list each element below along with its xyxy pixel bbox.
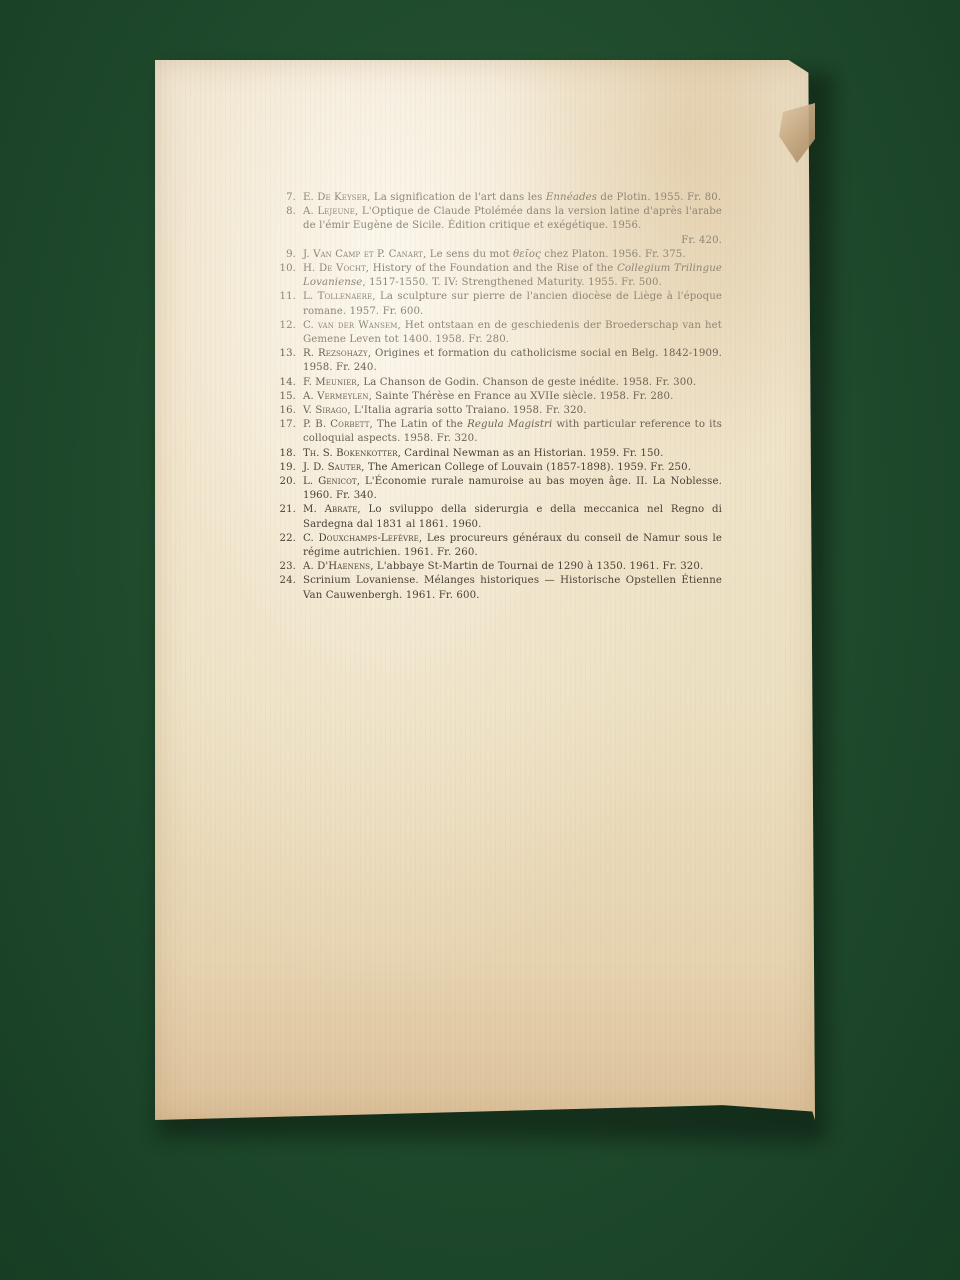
item-number: 21. — [270, 503, 296, 517]
item-author: J. D. Sauter — [303, 462, 361, 473]
item-year-price: 1961. Fr. 600. — [406, 590, 480, 601]
item-title-italic: Ennéades — [546, 192, 597, 203]
list-item: 10.H. De Vocht, History of the Foundatio… — [270, 262, 722, 290]
item-number: 10. — [270, 262, 296, 276]
item-author: L. Genicot — [303, 476, 357, 487]
item-author: M. Abrate — [303, 504, 357, 515]
item-number: 17. — [270, 418, 296, 432]
publication-series-list: 7.E. De Keyser, La signification de l'ar… — [270, 191, 722, 603]
item-author: A. Lejeune — [303, 206, 355, 217]
list-item: 19.J. D. Sauter, The American College of… — [270, 461, 722, 475]
item-title: Sainte Thérèse en France au XVIIe siècle… — [375, 391, 596, 402]
item-author: R. Rezsohazy — [303, 348, 368, 359]
item-author: L. Tollenaere — [303, 291, 372, 302]
list-item: 22.C. Douxchamps-Lefèvre, Les procureurs… — [270, 532, 722, 560]
list-item: 20.L. Genicot, L'Économie rurale namuroi… — [270, 475, 722, 503]
item-number: 24. — [270, 574, 296, 588]
item-title: Cardinal Newman as an Historian. — [404, 448, 586, 459]
item-author: J. Van Camp et P. Canart — [303, 249, 423, 260]
list-item: 12.C. van der Wansem, Het ontstaan en de… — [270, 319, 722, 347]
item-number: 20. — [270, 475, 296, 489]
item-year-price: 1958. Fr. 300. — [622, 377, 696, 388]
item-year-price: 1958. Fr. 320. — [404, 433, 478, 444]
item-title: The American College of Louvain (1857-18… — [368, 462, 614, 473]
item-year-price: 1961. Fr. 260. — [404, 547, 478, 558]
item-year-price: 1956. — [612, 220, 642, 231]
list-item: 14.F. Meunier, La Chanson de Godin. Chan… — [270, 376, 722, 390]
item-year-price: 1958. Fr. 280. — [600, 391, 674, 402]
list-item: 11.L. Tollenaere, La sculpture sur pierr… — [270, 290, 722, 318]
list-item: 17.P. B. Corbett, The Latin of the Regul… — [270, 418, 722, 446]
list-item: 8.A. Lejeune, L'Optique de Claude Ptolém… — [270, 205, 722, 248]
item-price: Fr. 420. — [303, 234, 722, 248]
item-year-price: 1957. Fr. 600. — [350, 306, 424, 317]
item-year-price: 1961. Fr. 320. — [630, 561, 704, 572]
item-number: 8. — [270, 205, 296, 219]
list-item: 24.Scrinium Lovaniense. Mélanges histori… — [270, 574, 722, 602]
item-author: C. Douxchamps-Lefèvre — [303, 533, 419, 544]
item-number: 12. — [270, 319, 296, 333]
item-title: L'abbaye St-Martin de Tournai de 1290 à … — [377, 561, 626, 572]
item-year-price: 1959. Fr. 150. — [590, 448, 664, 459]
list-item: 7.E. De Keyser, La signification de l'ar… — [270, 191, 722, 205]
item-number: 15. — [270, 390, 296, 404]
item-author: A. Vermeylen — [303, 391, 369, 402]
item-year-price: 1958. Fr. 240. — [303, 362, 377, 373]
item-title: L'Économie rurale namuroise au bas moyen… — [365, 476, 722, 487]
item-number: 9. — [270, 248, 296, 262]
item-title: Lo sviluppo della siderurgia e della mec… — [303, 504, 722, 529]
item-number: 16. — [270, 404, 296, 418]
item-title: La signification de l'art dans les — [374, 192, 546, 203]
item-author: P. B. Corbett — [303, 419, 369, 430]
item-year-price: 1958. Fr. 320. — [513, 405, 587, 416]
item-number: 7. — [270, 191, 296, 205]
item-title: Origines et formation du catholicisme so… — [375, 348, 722, 359]
item-year-price: 1958. Fr. 280. — [435, 334, 509, 345]
item-title: La Chanson de Godin. Chanson de geste in… — [363, 377, 619, 388]
item-number: 14. — [270, 376, 296, 390]
item-year-price: 1960. Fr. 340. — [303, 490, 377, 501]
item-title-italic: θεῖος — [513, 249, 541, 260]
list-item: 9.J. Van Camp et P. Canart, Le sens du m… — [270, 248, 722, 262]
item-number: 19. — [270, 461, 296, 475]
item-year-price: 1960. — [452, 519, 482, 530]
item-number: 13. — [270, 347, 296, 361]
item-author: V. Sirago — [303, 405, 347, 416]
item-year-price: 1955. Fr. 500. — [588, 277, 662, 288]
item-year-price: 1956. Fr. 375. — [612, 249, 686, 260]
item-title-cont: chez Platon. — [541, 249, 609, 260]
item-title-cont: , 1517-1550. T. IV: Strengthened Maturit… — [362, 277, 584, 288]
item-number: 11. — [270, 290, 296, 304]
list-item: 23.A. D'Haenens, L'abbaye St-Martin de T… — [270, 560, 722, 574]
item-title-italic: Regula Magistri — [467, 419, 552, 430]
item-author: H. De Vocht — [303, 263, 366, 274]
item-title: L'Italia agraria sotto Traiano. — [354, 405, 509, 416]
item-author: Th. S. Bokenkotter — [303, 448, 398, 459]
item-title: The Latin of the — [377, 419, 467, 430]
list-item: 13.R. Rezsohazy, Origines et formation d… — [270, 347, 722, 375]
item-author: A. D'Haenens — [303, 561, 370, 572]
item-author: C. van der Wansem — [303, 320, 398, 331]
item-author: E. De Keyser — [303, 192, 367, 203]
item-title: Scrinium Lovaniense. Mélanges historique… — [303, 575, 722, 600]
item-number: 23. — [270, 560, 296, 574]
item-number: 18. — [270, 447, 296, 461]
list-item: 16.V. Sirago, L'Italia agraria sotto Tra… — [270, 404, 722, 418]
item-year-price: 1959. Fr. 250. — [617, 462, 691, 473]
item-title-cont: de Plotin. — [597, 192, 651, 203]
item-title: L'Optique de Claude Ptolémée dans la ver… — [303, 206, 722, 231]
list-item: 15.A. Vermeylen, Sainte Thérèse en Franc… — [270, 390, 722, 404]
list-item: 21.M. Abrate, Lo sviluppo della siderurg… — [270, 503, 722, 531]
item-number: 22. — [270, 532, 296, 546]
list-item: 18.Th. S. Bokenkotter, Cardinal Newman a… — [270, 447, 722, 461]
item-author: F. Meunier — [303, 377, 357, 388]
item-title: Le sens du mot — [430, 249, 513, 260]
item-title: History of the Foundation and the Rise o… — [373, 263, 617, 274]
item-year-price: 1955. Fr. 80. — [654, 192, 721, 203]
